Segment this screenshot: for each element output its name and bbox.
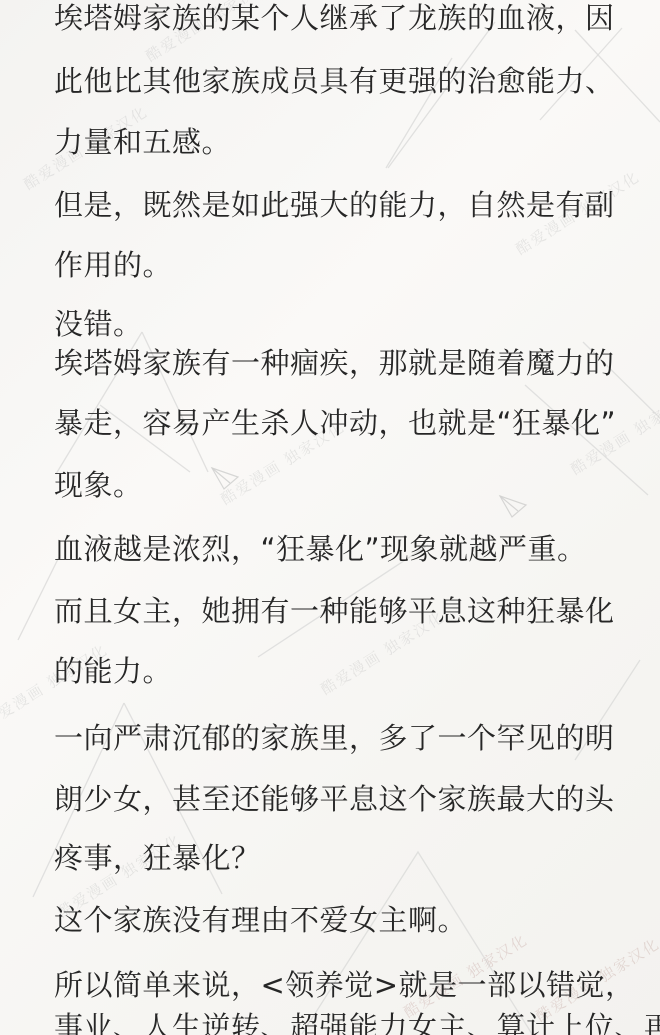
- novel-text-line: 朗少女，甚至还能够平息这个家族最大的头: [54, 784, 615, 815]
- novel-text-line: 埃塔姆家族有一种痼疾，那就是随着魔力的: [54, 348, 615, 379]
- novel-text-line: 埃塔姆家族的某个人继承了龙族的血液，因: [54, 3, 615, 34]
- novel-text-line-clipped: 事业、人生逆转、超强能力女主、算计上位、再: [54, 1012, 660, 1035]
- novel-text-line: 疼事，狂暴化？: [54, 843, 261, 874]
- novel-text-line: 此他比其他家族成员具有更强的治愈能力、: [54, 66, 615, 97]
- novel-text-line: 力量和五感。: [54, 127, 231, 158]
- novel-text-line: 现象。: [54, 470, 143, 501]
- novel-text-line: 的能力。: [54, 656, 172, 687]
- novel-text-line: 作用的。: [54, 250, 172, 281]
- novel-text-line: 血液越是浓烈，“狂暴化”现象就越严重。: [54, 534, 587, 565]
- novel-text-body: 埃塔姆家族的某个人继承了龙族的血液，因 此他比其他家族成员具有更强的治愈能力、 …: [0, 0, 660, 1035]
- novel-text-line: 一向严肃沉郁的家族里，多了一个罕见的明: [54, 723, 615, 754]
- novel-text-line: 没错。: [54, 309, 143, 340]
- novel-text-line: 但是，既然是如此强大的能力，自然是有副: [54, 190, 615, 221]
- novel-text-line: 这个家族没有理由不爱女主啊。: [54, 905, 467, 936]
- novel-text-page: 酷爱漫画 独家汉化 酷爱漫画 独家汉化 酷爱漫画 独家汉化 酷爱漫画 独家汉化 …: [0, 0, 660, 1035]
- novel-text-line: 暴走，容易产生杀人冲动，也就是“狂暴化”: [54, 408, 616, 439]
- novel-text-line: 所以简单来说，<领养觉>就是一部以错觉，: [54, 970, 635, 1001]
- novel-text-line: 而且女主，她拥有一种能够平息这种狂暴化: [54, 596, 615, 627]
